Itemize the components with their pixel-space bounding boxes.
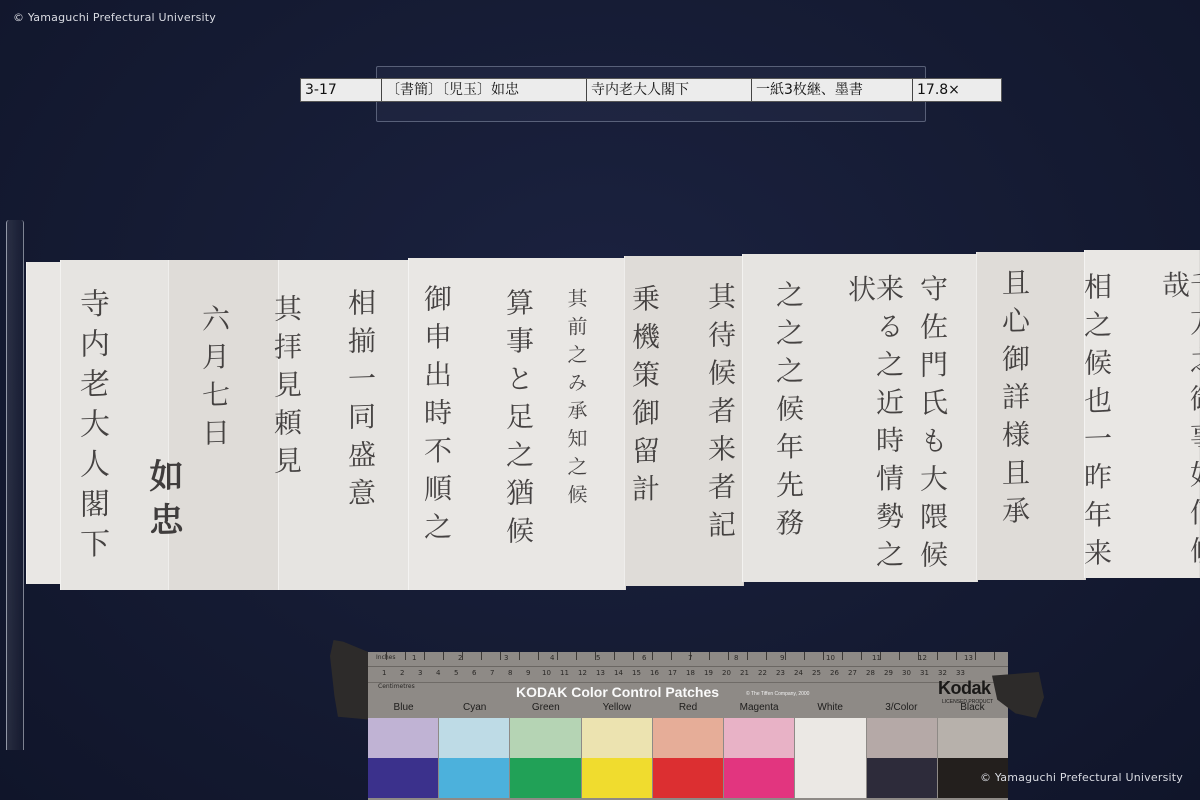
letter-scroll: 千万之御事如何候哉 相之候也一昨年来 且心御詳様且承 守佐門氏も大隈候 来る之近… [0,248,1200,588]
inch-mark: 5 [596,654,600,662]
patch-red [653,718,724,798]
cm-mark: 24 [794,669,803,677]
patch-magenta [724,718,795,798]
cm-mark: 14 [614,669,623,677]
paper-panel [976,252,1086,580]
patch-green [510,718,581,798]
patch-black [938,718,1008,798]
letter-column: 来る之近時情勢之状 [846,273,902,589]
inch-mark: 7 [688,654,692,662]
cm-mark: 19 [704,669,713,677]
inch-mark: 13 [964,654,973,662]
copyright-watermark-bottom: © Yamaguchi Prefectural University [980,771,1183,784]
catalog-number: 3-17 [301,79,382,101]
cm-mark: 20 [722,669,731,677]
cm-mark: 8 [508,669,512,677]
inch-mark: 4 [550,654,554,662]
catalog-title: 〔書簡〕〔児玉〕如忠 [382,79,587,101]
kodak-color-chart: Inches 1 2 3 4 5 6 7 8 9 10 11 12 13 1 2… [368,652,1008,800]
catalog-label: 3-17 〔書簡〕〔児玉〕如忠 寺内老大人閣下 一紙3枚継、墨書 17.8× [300,78,1002,102]
cm-mark: 12 [578,669,587,677]
cm-mark: 2 [400,669,404,677]
catalog-dimensions: 17.8× [913,79,1001,101]
catalog-addressee: 寺内老大人閣下 [587,79,752,101]
ruler-centimetres-label: Centimetres [378,683,415,690]
cm-mark: 32 [938,669,947,677]
cm-mark: 5 [454,669,458,677]
patch-blue [368,718,439,798]
inch-mark: 10 [826,654,835,662]
letter-column: 其前之み承知之候 [566,288,586,513]
letter-column: 之之之候年先務 [774,280,802,547]
cm-mark: 23 [776,669,785,677]
cm-mark: 6 [472,669,476,677]
inch-mark: 1 [412,654,416,662]
patch-label-magenta: Magenta [724,702,795,716]
cm-mark: 31 [920,669,929,677]
cm-mark: 4 [436,669,440,677]
kodak-logo: Kodak [938,678,991,699]
patch-cyan [439,718,510,798]
cm-mark: 26 [830,669,839,677]
cm-mark: 29 [884,669,893,677]
cm-mark: 21 [740,669,749,677]
patch-label-red: Red [652,702,723,716]
letter-column: 守佐門氏も大隈候 [918,274,946,579]
patch-label-blue: Blue [368,702,439,716]
cm-mark: 7 [490,669,494,677]
ruler: Inches 1 2 3 4 5 6 7 8 9 10 11 12 13 1 2… [368,652,1008,683]
cm-mark: 30 [902,669,911,677]
cm-mark: 9 [526,669,530,677]
letter-column: 乗機策御留計 [630,284,658,513]
patch-label-cyan: Cyan [439,702,510,716]
patch-3color [867,718,938,798]
letter-column: 千万之御事如何候哉 [1160,269,1200,589]
cm-mark: 13 [596,669,605,677]
cm-mark: 33 [956,669,965,677]
cm-mark: 15 [632,669,641,677]
patch-labels: Blue Cyan Green Yellow Red Magenta White… [368,702,1008,716]
patch-label-3color: 3/Color [866,702,937,716]
letter-column: 且心御詳様且承 [1000,268,1028,535]
letter-column: 相揃一同盛意 [346,288,374,517]
cm-mark: 28 [866,669,875,677]
cm-mark: 18 [686,669,695,677]
inch-mark: 3 [504,654,508,662]
letter-column: 御申出時不順之 [422,284,450,551]
chart-copyright: © The Tiffen Company, 2000 [746,691,809,697]
letter-column: 其待候者来者記 [706,282,734,549]
cm-mark: 22 [758,669,767,677]
copyright-watermark-top: © Yamaguchi Prefectural University [13,11,216,24]
patch-white [795,718,866,798]
color-patches [368,718,1008,798]
cm-mark: 1 [382,669,386,677]
cm-mark: 27 [848,669,857,677]
cm-mark: 16 [650,669,659,677]
catalog-format: 一紙3枚継、墨書 [752,79,913,101]
cm-mark: 25 [812,669,821,677]
inch-mark: 11 [872,654,881,662]
inch-mark: 8 [734,654,738,662]
letter-column: 其拝見頼見 [272,294,300,485]
letter-date: 六月七日 [200,304,228,457]
patch-label-black: Black [937,702,1008,716]
patch-label-white: White [795,702,866,716]
inch-mark: 6 [642,654,646,662]
letter-addressee: 寺内老大人閣下 [76,287,106,568]
cm-mark: 11 [560,669,569,677]
patch-label-yellow: Yellow [581,702,652,716]
inch-mark: 9 [780,654,784,662]
letter-signature: 如忠 [146,457,180,546]
ruler-inches-label: Inches [376,654,396,661]
patch-label-green: Green [510,702,581,716]
ruler-divider [368,666,1008,667]
patch-yellow [582,718,653,798]
letter-column: 算事と足之猶候 [504,288,532,555]
inch-mark: 2 [458,654,462,662]
cm-mark: 10 [542,669,551,677]
cm-mark: 17 [668,669,677,677]
cm-mark: 3 [418,669,422,677]
letter-column: 相之候也一昨年来 [1082,272,1110,577]
inch-mark: 12 [918,654,927,662]
chart-title: KODAK Color Control Patches [516,684,719,700]
